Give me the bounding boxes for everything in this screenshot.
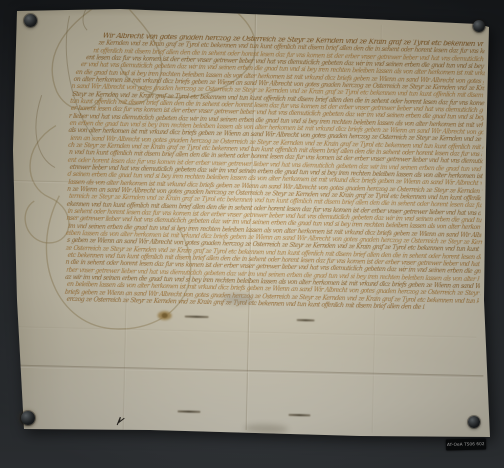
archive-shelfmark-label: AT-OeA TS06 602 <box>446 438 486 450</box>
manuscript-text-block: Wir Albrecht von gotes gnaden herczog ze… <box>4 0 504 6</box>
archive-shelfmark-text: AT-OeA TS06 602 <box>447 442 485 448</box>
photo-background: Wir Albrecht von gotes gnaden herczog ze… <box>0 0 504 468</box>
parchment-shadow-wrapper: Wir Albrecht von gotes gnaden herczog ze… <box>0 0 504 468</box>
parchment: Wir Albrecht von gotes gnaden herczog ze… <box>0 0 504 468</box>
corner-pin-top-right <box>473 20 485 32</box>
manuscript-content: Wir Albrecht von gotes gnaden herczog ze… <box>0 0 504 468</box>
corner-pin-bottom-left <box>21 411 35 425</box>
corner-pin-top-left <box>24 14 37 27</box>
pen-mark <box>116 416 126 427</box>
seal-slit <box>297 319 315 321</box>
corner-pin-bottom-right <box>468 416 480 428</box>
